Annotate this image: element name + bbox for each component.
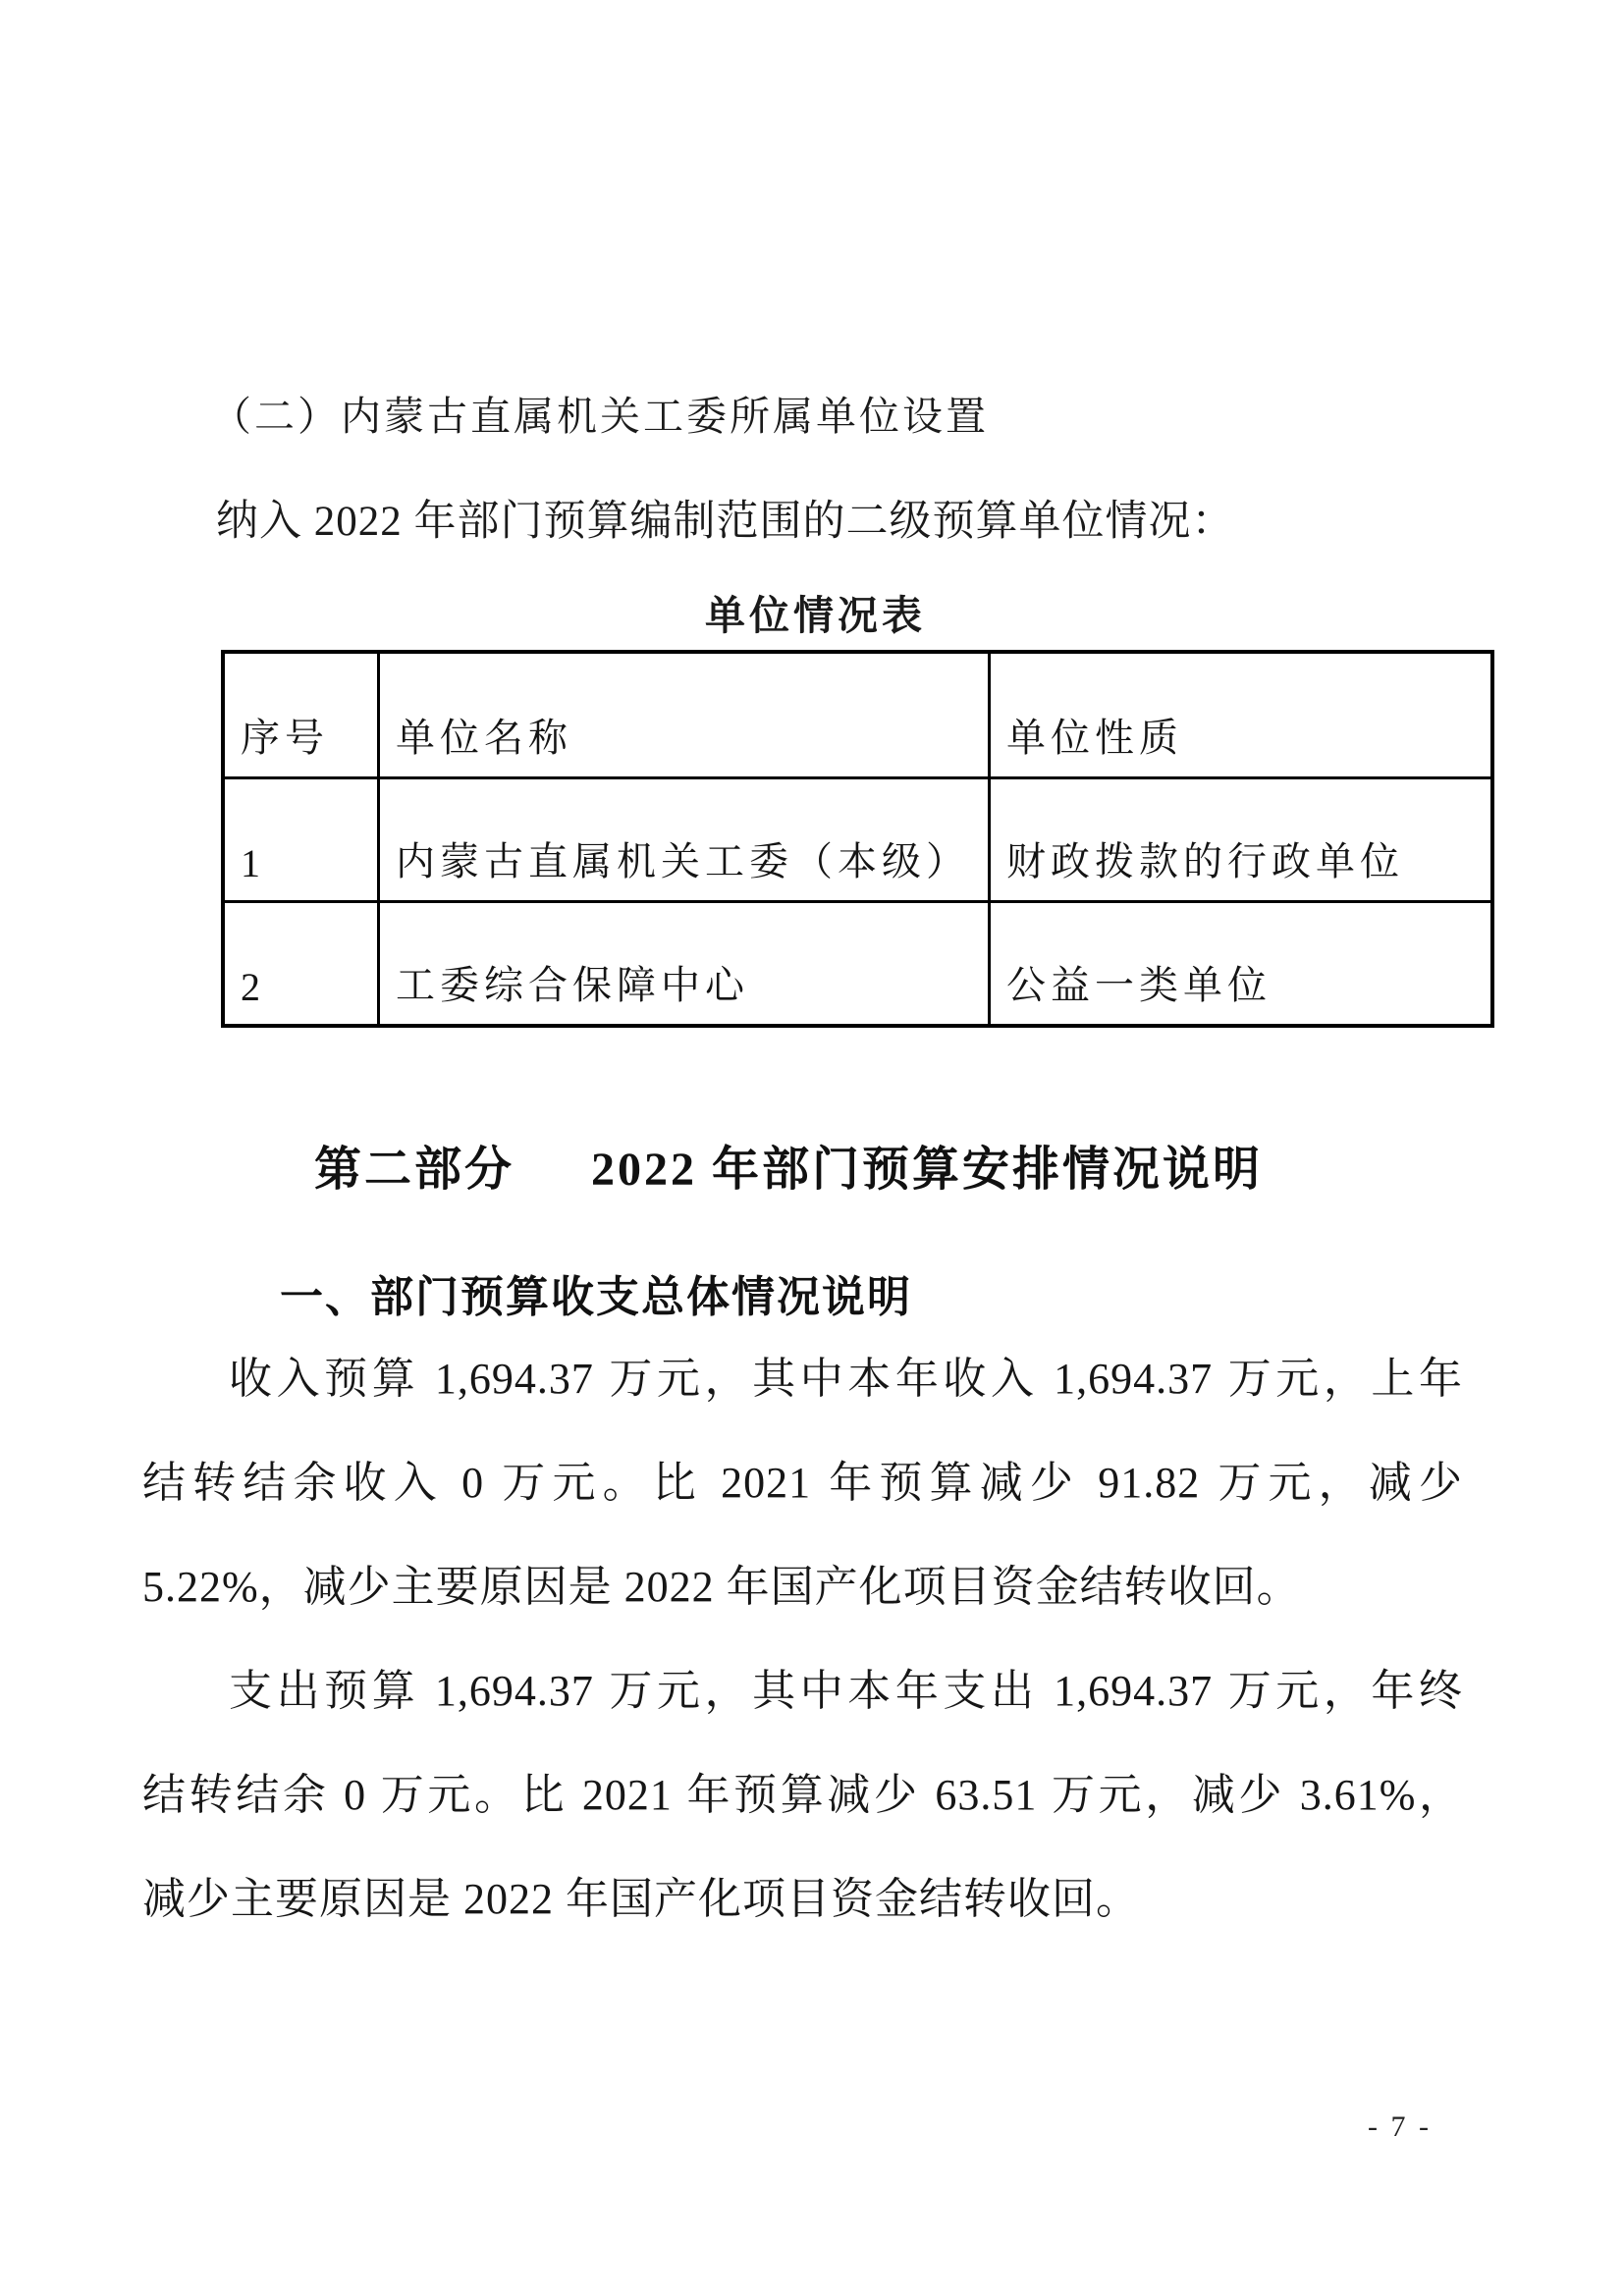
table-row: 2 工委综合保障中心 公益一类单位 — [223, 902, 1492, 1027]
paragraph-expenditure-line: 减少主要原因是 2022 年国产化项目资金结转收回。 — [142, 1847, 1463, 1951]
document-page: （二）内蒙古直属机关工委所属单位设置 纳入 2022 年部门预算编制范围的二级预… — [0, 0, 1624, 2296]
table-row: 1 内蒙古直属机关工委（本级） 财政拨款的行政单位 — [223, 778, 1492, 902]
units-table: 序号 单位名称 单位性质 1 内蒙古直属机关工委（本级） 财政拨款的行政单位 2… — [221, 650, 1494, 1028]
cell-unit-type: 公益一类单位 — [990, 902, 1493, 1027]
cell-index: 1 — [223, 778, 379, 902]
paragraph-income-line: 结转结余收入 0 万元。比 2021 年预算减少 91.82 万元，减少 — [142, 1431, 1463, 1535]
cell-unit-name: 内蒙古直属机关工委（本级） — [379, 778, 990, 902]
part-heading: 第二部分2022 年部门预算安排情况说明 — [314, 1131, 1263, 1199]
intro-paragraph: 纳入 2022 年部门预算编制范围的二级预算单位情况： — [216, 488, 1235, 548]
table-title: 单位情况表 — [221, 583, 1410, 641]
section-heading: 一、部门预算收支总体情况说明 — [280, 1261, 912, 1324]
part-heading-label: 第二部分 — [314, 1144, 514, 1196]
column-header-unit-type: 单位性质 — [990, 652, 1493, 778]
cell-index: 2 — [223, 902, 379, 1027]
paragraph-expenditure-line: 结转结余 0 万元。比 2021 年预算减少 63.51 万元，减少 3.61%… — [142, 1743, 1463, 1847]
part-heading-title: 2022 年部门预算安排情况说明 — [591, 1144, 1263, 1196]
paragraph-expenditure-line: 支出预算 1,694.37 万元，其中本年支出 1,694.37 万元，年终 — [142, 1639, 1463, 1743]
paragraph-income-line: 收入预算 1,694.37 万元，其中本年收入 1,694.37 万元，上年 — [142, 1327, 1463, 1431]
cell-unit-type: 财政拨款的行政单位 — [990, 778, 1493, 902]
paragraph-income-line: 5.22%，减少主要原因是 2022 年国产化项目资金结转收回。 — [142, 1535, 1463, 1639]
body-paragraphs: 收入预算 1,694.37 万元，其中本年收入 1,694.37 万元，上年 结… — [142, 1327, 1463, 1951]
page-number: - 7 - — [1368, 2110, 1432, 2144]
cell-unit-name: 工委综合保障中心 — [379, 902, 990, 1027]
column-header-unit-name: 单位名称 — [379, 652, 990, 778]
table-header-row: 序号 单位名称 单位性质 — [223, 652, 1492, 778]
column-header-index: 序号 — [223, 652, 379, 778]
subsection-heading: （二）内蒙古直属机关工委所属单位设置 — [211, 384, 989, 442]
